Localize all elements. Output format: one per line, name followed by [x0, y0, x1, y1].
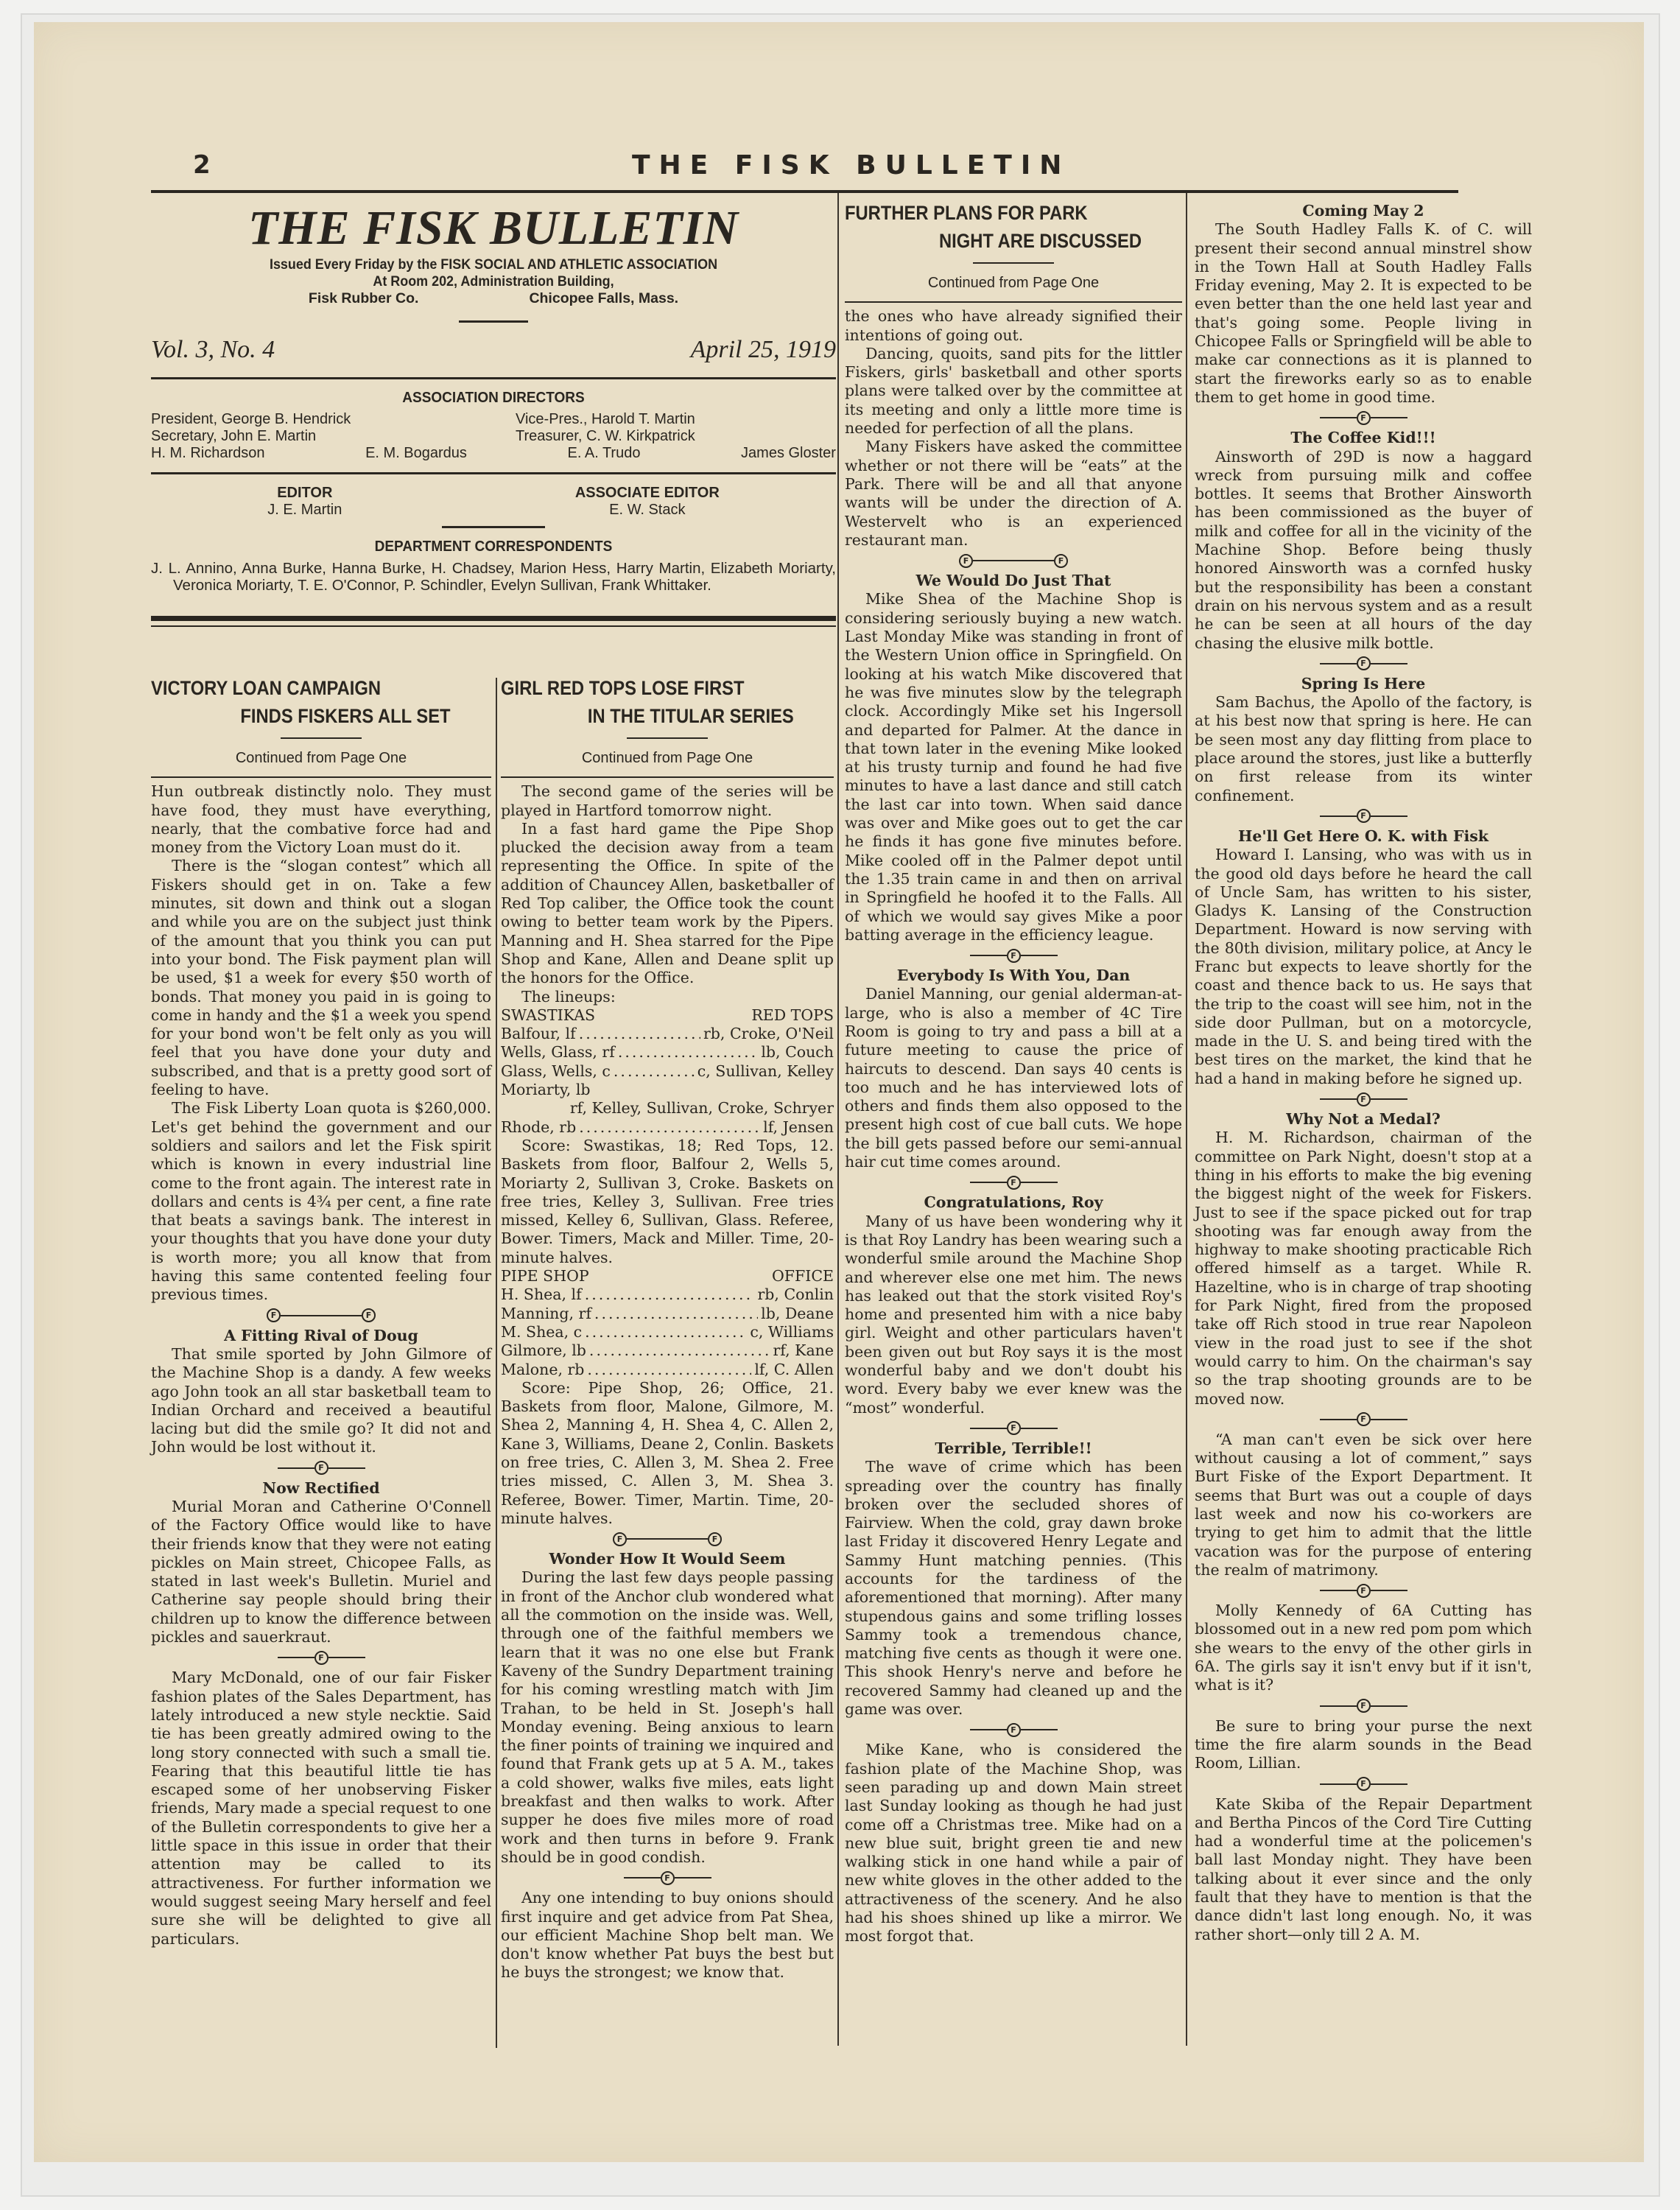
- director-member: James Gloster: [741, 445, 836, 462]
- director-member: E. M. Bogardus: [365, 445, 467, 462]
- subhead: Everybody Is With You, Dan: [845, 967, 1182, 985]
- lineup-row: M. Shea, c..............................…: [501, 1323, 834, 1341]
- paragraph: The lineups:: [501, 988, 834, 1006]
- divider: [151, 625, 836, 627]
- divider: [151, 377, 836, 379]
- editor-label: EDITOR: [267, 485, 342, 502]
- director-secretary: Secretary, John E. Martin: [151, 428, 516, 445]
- continued-note: Continued from Page One: [501, 749, 834, 768]
- lineup-row: Gilmore, lb.............................…: [501, 1341, 834, 1360]
- masthead-room: At Room 202, Administration Building,: [178, 273, 809, 290]
- paragraph: Hun outbreak distinctly nolo. They must …: [151, 782, 491, 857]
- column-rule: [1186, 193, 1187, 2046]
- volume-number: Vol. 3, No. 4: [151, 336, 275, 364]
- subhead: Congratulations, Roy: [845, 1193, 1182, 1212]
- subhead: A Fitting Rival of Doug: [151, 1327, 491, 1345]
- associate-editor-name: E. W. Stack: [575, 502, 720, 519]
- paragraph: Howard I. Lansing, who was with us in th…: [1195, 846, 1532, 1088]
- lineup-row: Moriarty, lb: [501, 1081, 834, 1099]
- editors: EDITORJ. E. Martin ASSOCIATE EDITORE. W.…: [151, 485, 836, 519]
- article-girl-red-tops: GIRL RED TOPS LOSE FIRSTIN THE TITULAR S…: [501, 674, 834, 1982]
- paragraph: The wave of crime which has been spreadi…: [845, 1458, 1182, 1719]
- correspondents-list: J. L. Annino, Anna Burke, Hanna Burke, H…: [151, 560, 836, 594]
- f-separator: F: [151, 1649, 491, 1666]
- f-separator: F: [151, 1460, 491, 1476]
- paragraph: Daniel Manning, our genial alderman-at-l…: [845, 985, 1182, 1171]
- divider: [281, 737, 362, 739]
- column-personals: Coming May 2 The South Hadley Falls K. o…: [1195, 200, 1532, 1944]
- f-separator: F: [1195, 1776, 1532, 1792]
- masthead-company: Fisk Rubber Co.: [309, 290, 419, 307]
- director-member: H. M. Richardson: [151, 445, 265, 462]
- editor-name: J. E. Martin: [267, 502, 342, 519]
- paragraph: Mary McDonald, one of our fair Fisker fa…: [151, 1669, 491, 1948]
- director-vice-president: Vice-Pres., Harold T. Martin: [516, 411, 695, 428]
- paragraph: H. M. Richardson, chairman of the commit…: [1195, 1129, 1532, 1408]
- lineup-row: Glass, Wells, c.........................…: [501, 1062, 834, 1081]
- director-member: E. A. Trudo: [568, 445, 641, 462]
- f-separator: F: [1195, 1091, 1532, 1107]
- headline: GIRL RED TOPS LOSE FIRSTIN THE TITULAR S…: [501, 674, 794, 730]
- paragraph: Sam Bachus, the Apollo of the factory, i…: [1195, 693, 1532, 805]
- director-treasurer: Treasurer, C. W. Kirkpatrick: [516, 428, 695, 445]
- subhead: We Would Do Just That: [845, 572, 1182, 590]
- divider: [501, 776, 834, 778]
- paragraph: Murial Moran and Catherine O'Connell of …: [151, 1498, 491, 1646]
- column-rule: [496, 678, 497, 2048]
- lineup-header: SWASTIKASRED TOPS: [501, 1006, 834, 1025]
- lineup-row: Wells, Glass, rf........................…: [501, 1043, 834, 1062]
- directors-heading: ASSOCIATION DIRECTORS: [168, 390, 819, 407]
- masthead-issued: Issued Every Friday by the FISK SOCIAL A…: [178, 256, 809, 273]
- continued-note: Continued from Page One: [845, 274, 1182, 292]
- f-separator: F: [501, 1870, 834, 1886]
- divider: [442, 526, 545, 528]
- masthead: THE FISK BULLETIN Issued Every Friday by…: [151, 193, 836, 631]
- subhead: Now Rectified: [151, 1479, 491, 1498]
- divider: [973, 262, 1054, 264]
- lineup-row: Balfour, lf.............................…: [501, 1025, 834, 1043]
- subhead: Why Not a Medal?: [1195, 1110, 1532, 1129]
- volume-row: Vol. 3, No. 4 April 25, 1919: [151, 336, 836, 364]
- divider: [627, 737, 708, 739]
- f-separator: F: [845, 1722, 1182, 1738]
- continued-note: Continued from Page One: [151, 749, 491, 768]
- column-rule: [837, 193, 839, 2046]
- masthead-title: THE FISK BULLETIN: [151, 200, 836, 256]
- headline: FURTHER PLANS FOR PARKNIGHT ARE DISCUSSE…: [845, 199, 1142, 255]
- paragraph: “A man can't even be sick over here with…: [1195, 1431, 1532, 1579]
- lineup-header: PIPE SHOPOFFICE: [501, 1267, 834, 1285]
- paragraph: Many of us have been wondering why it is…: [845, 1213, 1182, 1417]
- running-title: THE FISK BULLETIN: [632, 150, 1070, 180]
- directors-list: President, George B. HendrickVice-Pres.,…: [151, 411, 836, 462]
- f-separator: F: [845, 1174, 1182, 1190]
- subhead: Spring Is Here: [1195, 675, 1532, 693]
- divider: [459, 320, 528, 323]
- paragraph: Mike Kane, who is considered the fashion…: [845, 1741, 1182, 1946]
- associate-editor-label: ASSOCIATE EDITOR: [575, 485, 720, 502]
- divider: [845, 301, 1182, 303]
- heavy-rule: [151, 616, 836, 621]
- paragraph: During the last few days people passing …: [501, 1568, 834, 1867]
- f-separator: FF: [845, 552, 1182, 569]
- subhead: The Coffee Kid!!!: [1195, 429, 1532, 447]
- page-number: 2: [193, 150, 211, 180]
- paragraph: Dancing, quoits, sand pits for the littl…: [845, 345, 1182, 438]
- lineup-row: Malone, rb..............................…: [501, 1361, 834, 1379]
- paragraph: The South Hadley Falls K. of C. will pre…: [1195, 220, 1532, 407]
- correspondents-heading: DEPARTMENT CORRESPONDENTS: [168, 539, 819, 555]
- divider: [151, 776, 491, 778]
- lineup-row: Manning, rf.............................…: [501, 1305, 834, 1323]
- paragraph: In a fast hard game the Pipe Shop plucke…: [501, 820, 834, 988]
- lineup-row: rf, Kelley, Sullivan, Croke, Schryer: [501, 1099, 834, 1118]
- f-separator: FF: [151, 1308, 491, 1324]
- running-header: 2 THE FISK BULLETIN: [193, 147, 1519, 192]
- lineup-row: Rhode, rb..............................l…: [501, 1118, 834, 1137]
- lineup-row: H. Shea, lf.............................…: [501, 1285, 834, 1304]
- paragraph: Be sure to bring your purse the next tim…: [1195, 1717, 1532, 1773]
- f-separator: F: [1195, 808, 1532, 824]
- paragraph: Many Fiskers have asked the committee wh…: [845, 438, 1182, 550]
- paragraph: Any one intending to buy onions should f…: [501, 1889, 834, 1982]
- divider: [151, 472, 836, 474]
- f-separator: F: [1195, 410, 1532, 426]
- article-park-night: FURTHER PLANS FOR PARKNIGHT ARE DISCUSSE…: [845, 199, 1182, 1946]
- f-separator: F: [1195, 1698, 1532, 1714]
- paragraph: the ones who have already signified thei…: [845, 307, 1182, 345]
- f-separator: F: [1195, 1411, 1532, 1428]
- f-separator: F: [845, 947, 1182, 964]
- subhead: Coming May 2: [1195, 202, 1532, 220]
- subhead: He'll Get Here O. K. with Fisk: [1195, 827, 1532, 846]
- paragraph: Ainsworth of 29D is now a haggard wreck …: [1195, 448, 1532, 653]
- paragraph: There is the “slogan contest” which all …: [151, 857, 491, 1099]
- game-summary: Score: Pipe Shop, 26; Office, 21. Basket…: [501, 1379, 834, 1528]
- issue-date: April 25, 1919: [691, 336, 836, 364]
- masthead-address: Fisk Rubber Co. Chicopee Falls, Mass.: [151, 290, 836, 307]
- f-separator: FF: [501, 1531, 834, 1547]
- masthead-city: Chicopee Falls, Mass.: [529, 290, 678, 307]
- f-separator: F: [845, 1420, 1182, 1436]
- paragraph: Mike Shea of the Machine Shop is conside…: [845, 590, 1182, 944]
- headline: VICTORY LOAN CAMPAIGNFINDS FISKERS ALL S…: [151, 674, 451, 730]
- director-president: President, George B. Hendrick: [151, 411, 516, 428]
- subhead: Terrible, Terrible!!: [845, 1439, 1182, 1458]
- paragraph: Kate Skiba of the Repair Department and …: [1195, 1795, 1532, 1944]
- paragraph: The second game of the series will be pl…: [501, 782, 834, 820]
- f-separator: F: [1195, 656, 1532, 672]
- paragraph: The Fisk Liberty Loan quota is $260,000.…: [151, 1099, 491, 1304]
- paragraph: That smile sported by John Gilmore of th…: [151, 1345, 491, 1457]
- game-summary: Score: Swastikas, 18; Red Tops, 12. Bask…: [501, 1137, 834, 1267]
- article-victory-loan: VICTORY LOAN CAMPAIGNFINDS FISKERS ALL S…: [151, 674, 491, 1948]
- paragraph: Molly Kennedy of 6A Cutting has blossome…: [1195, 1602, 1532, 1694]
- subhead: Wonder How It Would Seem: [501, 1550, 834, 1568]
- f-separator: F: [1195, 1582, 1532, 1599]
